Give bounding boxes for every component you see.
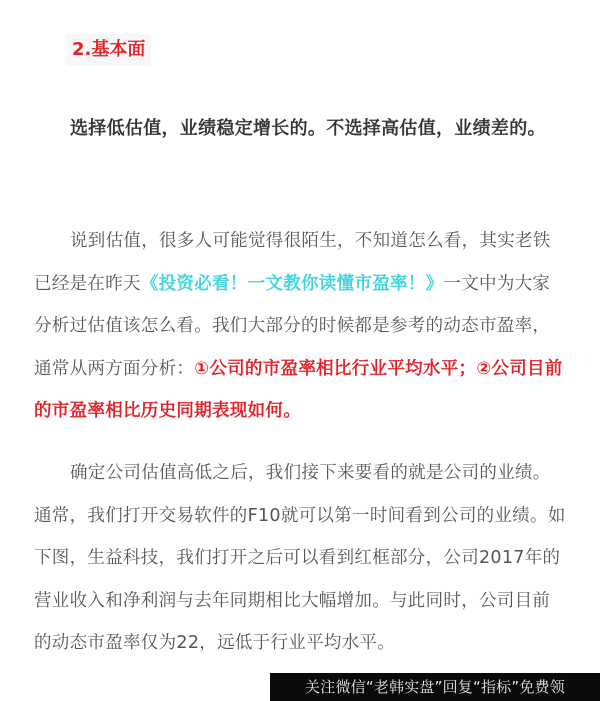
lead-paragraph: 选择低估值，业绩稳定增长的。不选择高估值，业绩差的。: [34, 108, 566, 151]
performance-paragraph: 确定公司估值高低之后，我们接下来要看的就是公司的业绩。通常，我们打开交易软件的F…: [34, 452, 566, 665]
article-link[interactable]: 《投资必看！一文教你读懂市盈率！》: [141, 274, 444, 294]
section-heading: 2.基本面: [66, 34, 151, 66]
valuation-paragraph: 说到估值，很多人可能觉得很陌生，不知道怎么看，其实老铁已经是在昨天《投资必看！一…: [34, 220, 566, 433]
paragraph-text: 确定公司估值高低之后，我们接下来要看的就是公司的业绩。通常，我们打开交易软件的F…: [34, 463, 566, 653]
watermark-banner: 关注微信“老韩实盘”回复“指标”免费领: [270, 673, 600, 701]
lead-text: 选择低估值，业绩稳定增长的。不选择高估值，业绩差的。: [70, 118, 546, 139]
